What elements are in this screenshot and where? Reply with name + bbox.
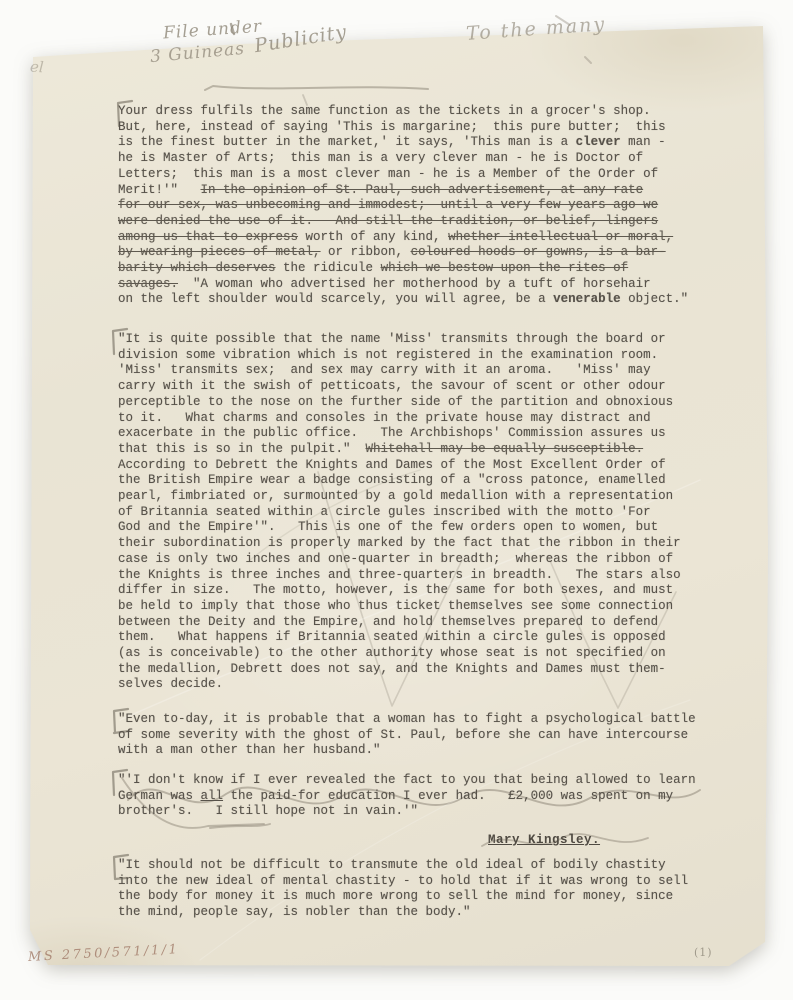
typed-line: "Even to-day, it is probable that a woma… xyxy=(118,712,696,728)
typed-text: selves decide. xyxy=(118,677,223,691)
typed-text: the Knights is three inches and three-qu… xyxy=(118,568,681,582)
typed-text: German was xyxy=(118,789,201,803)
typed-line: case is only two inches and one-quarter … xyxy=(118,552,681,568)
typed-text: be held to imply that those who thus tic… xyxy=(118,599,673,613)
struck-text: savages. xyxy=(118,277,178,291)
struck-text: among us that to express xyxy=(118,230,298,244)
typed-text: is the finest butter in the market,' it … xyxy=(118,135,576,149)
typed-line: is the finest butter in the market,' it … xyxy=(118,135,688,151)
typed-text: the ridicule xyxy=(276,261,381,275)
typed-text: the mind, people say, is nobler than the… xyxy=(118,905,471,919)
typed-line: of some severity with the ghost of St. P… xyxy=(118,728,696,744)
struck-text: for our sex, was unbecoming and immodest… xyxy=(118,198,658,212)
typed-paragraph-stpaul: "Even to-day, it is probable that a woma… xyxy=(118,712,696,759)
typed-paragraph-dress: Your dress fulfils the same function as … xyxy=(118,104,688,308)
typed-text: the paid-for education I ever had. £2,00… xyxy=(223,789,673,803)
manuscript-photo: File under 3 Guineas Publicity To the ma… xyxy=(0,0,793,1000)
typed-text: the body for money it is much more wrong… xyxy=(118,889,673,903)
typed-text: "Even to-day, it is probable that a woma… xyxy=(118,712,696,726)
typed-text: them. What happens if Britannia seated w… xyxy=(118,630,666,644)
typed-line: carry with it the swish of petticoats, t… xyxy=(118,379,681,395)
typed-text: all xyxy=(201,789,224,803)
struck-text: coloured hoods or gowns, is a bar- xyxy=(411,245,666,259)
typed-text: with a man other than her husband." xyxy=(118,743,381,757)
typed-line: God and the Empire'". This is one of the… xyxy=(118,520,681,536)
typed-text: to it. What charms and consoles in the p… xyxy=(118,411,651,425)
typed-line: perceptible to the nose on the further s… xyxy=(118,395,681,411)
typed-text: between the Deity and the Empire, and ho… xyxy=(118,615,658,629)
typed-text: object." xyxy=(621,292,689,306)
typed-line: "'I don't know if I ever revealed the fa… xyxy=(118,773,696,789)
typed-paragraph-chastity: "It should not be difficult to transmute… xyxy=(118,858,688,921)
struck-text: which we bestow upon the rites of xyxy=(381,261,629,275)
typed-text: "It is quite possible that the name 'Mis… xyxy=(118,332,666,346)
typed-line: to it. What charms and consoles in the p… xyxy=(118,411,681,427)
typed-line: "It is quite possible that the name 'Mis… xyxy=(118,332,681,348)
typed-text: case is only two inches and one-quarter … xyxy=(118,552,673,566)
struck-text: barity which deserves xyxy=(118,261,276,275)
typed-line: into the new ideal of mental chastity - … xyxy=(118,874,688,890)
typed-line: But, here, instead of saying 'This is ma… xyxy=(118,120,688,136)
typed-line: the medallion, Debrett does not say, and… xyxy=(118,662,681,678)
typed-line: for our sex, was unbecoming and immodest… xyxy=(118,198,688,214)
typed-text: that this is so in the pulpit." xyxy=(118,442,366,456)
typed-line: between the Deity and the Empire, and ho… xyxy=(118,615,681,631)
typed-text: (as is conceivable) to the other authori… xyxy=(118,646,666,660)
struck-text: Whitehall may be equally susceptible. xyxy=(366,442,644,456)
typed-text: 'Miss' transmits sex; and sex may carry … xyxy=(118,363,651,377)
struck-text: In the opinion of St. Paul, such adverti… xyxy=(201,183,644,197)
typed-line: their subordination is properly marked b… xyxy=(118,536,681,552)
typed-line: them. What happens if Britannia seated w… xyxy=(118,630,681,646)
typed-line: savages. "A woman who advertised her mot… xyxy=(118,277,688,293)
typed-text: pearl, fimbriated or, surmounted by a go… xyxy=(118,489,673,503)
typed-text: Your dress fulfils the same function as … xyxy=(118,104,651,118)
page-number: (1) xyxy=(694,946,713,959)
typed-text: on the left shoulder would scarcely, you… xyxy=(118,292,553,306)
typed-text: into the new ideal of mental chastity - … xyxy=(118,874,688,888)
typed-text: clever xyxy=(576,135,621,149)
typed-text: man - xyxy=(621,135,666,149)
typed-line: 'Miss' transmits sex; and sex may carry … xyxy=(118,363,681,379)
struck-text: were denied the use of it. And still the… xyxy=(118,214,658,228)
typed-text: division some vibration which is not reg… xyxy=(118,348,658,362)
typed-text: the medallion, Debrett does not say, and… xyxy=(118,662,666,676)
typed-line: by wearing pieces of metal, or ribbon, c… xyxy=(118,245,688,261)
typed-line: he is Master of Arts; this man is a very… xyxy=(118,151,688,167)
typed-line: the Knights is three inches and three-qu… xyxy=(118,568,681,584)
typed-text: brother's. I still hope not in vain.'" xyxy=(118,804,418,818)
typed-text: carry with it the swish of petticoats, t… xyxy=(118,379,666,393)
typed-line: the body for money it is much more wrong… xyxy=(118,889,688,905)
typed-text: But, here, instead of saying 'This is ma… xyxy=(118,120,666,134)
typed-text: he is Master of Arts; this man is a very… xyxy=(118,151,643,165)
typed-paragraph-kingsley: "'I don't know if I ever revealed the fa… xyxy=(118,773,696,820)
typed-text: or ribbon, xyxy=(321,245,411,259)
typed-line: Letters; this man is a most clever man -… xyxy=(118,167,688,183)
typed-text: "'I don't know if I ever revealed the fa… xyxy=(118,773,696,787)
typed-line: pearl, fimbriated or, surmounted by a go… xyxy=(118,489,681,505)
signature-mary-kingsley: Mary Kingsley. xyxy=(488,833,600,847)
struck-text: whether intellectual or moral, xyxy=(448,230,673,244)
struck-text: by wearing pieces of metal, xyxy=(118,245,321,259)
typed-line: be held to imply that those who thus tic… xyxy=(118,599,681,615)
annotation-edge-mark: el xyxy=(30,58,45,77)
typed-line: were denied the use of it. And still the… xyxy=(118,214,688,230)
typed-line: with a man other than her husband." xyxy=(118,743,696,759)
typed-text: worth of any kind, xyxy=(298,230,448,244)
typed-text: differ in size. The motto, however, is t… xyxy=(118,583,673,597)
typed-line: among us that to express worth of any ki… xyxy=(118,230,688,246)
typed-line: division some vibration which is not reg… xyxy=(118,348,681,364)
typed-line: the British Empire wear a badge consisti… xyxy=(118,473,681,489)
typed-line: the mind, people say, is nobler than the… xyxy=(118,905,688,921)
typed-line: barity which deserves the ridicule which… xyxy=(118,261,688,277)
typed-text: Merit!'" xyxy=(118,183,201,197)
typed-line: exacerbate in the public office. The Arc… xyxy=(118,426,681,442)
typed-text: of some severity with the ghost of St. P… xyxy=(118,728,688,742)
typed-text: perceptible to the nose on the further s… xyxy=(118,395,673,409)
typed-line: According to Debrett the Knights and Dam… xyxy=(118,458,681,474)
typed-line: German was all the paid-for education I … xyxy=(118,789,696,805)
typed-text: exacerbate in the public office. The Arc… xyxy=(118,426,666,440)
typed-text: of Britannia seated within a circle gule… xyxy=(118,505,651,519)
typed-line: (as is conceivable) to the other authori… xyxy=(118,646,681,662)
typed-line: that this is so in the pulpit." Whitehal… xyxy=(118,442,681,458)
typed-line: selves decide. xyxy=(118,677,681,693)
typed-text: "It should not be difficult to transmute… xyxy=(118,858,666,872)
typed-line: of Britannia seated within a circle gule… xyxy=(118,505,681,521)
typed-text: venerable xyxy=(553,292,621,306)
typed-line: differ in size. The motto, however, is t… xyxy=(118,583,681,599)
typed-line: on the left shoulder would scarcely, you… xyxy=(118,292,688,308)
typed-line: Merit!'" In the opinion of St. Paul, suc… xyxy=(118,183,688,199)
typed-line: brother's. I still hope not in vain.'" xyxy=(118,804,696,820)
typed-text: "A woman who advertised her motherhood b… xyxy=(178,277,651,291)
typed-line: Your dress fulfils the same function as … xyxy=(118,104,688,120)
typed-text: According to Debrett the Knights and Dam… xyxy=(118,458,666,472)
typed-text: their subordination is properly marked b… xyxy=(118,536,681,550)
typed-text: Letters; this man is a most clever man -… xyxy=(118,167,658,181)
typed-paragraph-miss: "It is quite possible that the name 'Mis… xyxy=(118,332,681,693)
typed-line: "It should not be difficult to transmute… xyxy=(118,858,688,874)
typed-text: the British Empire wear a badge consisti… xyxy=(118,473,666,487)
typed-text: God and the Empire'". This is one of the… xyxy=(118,520,658,534)
